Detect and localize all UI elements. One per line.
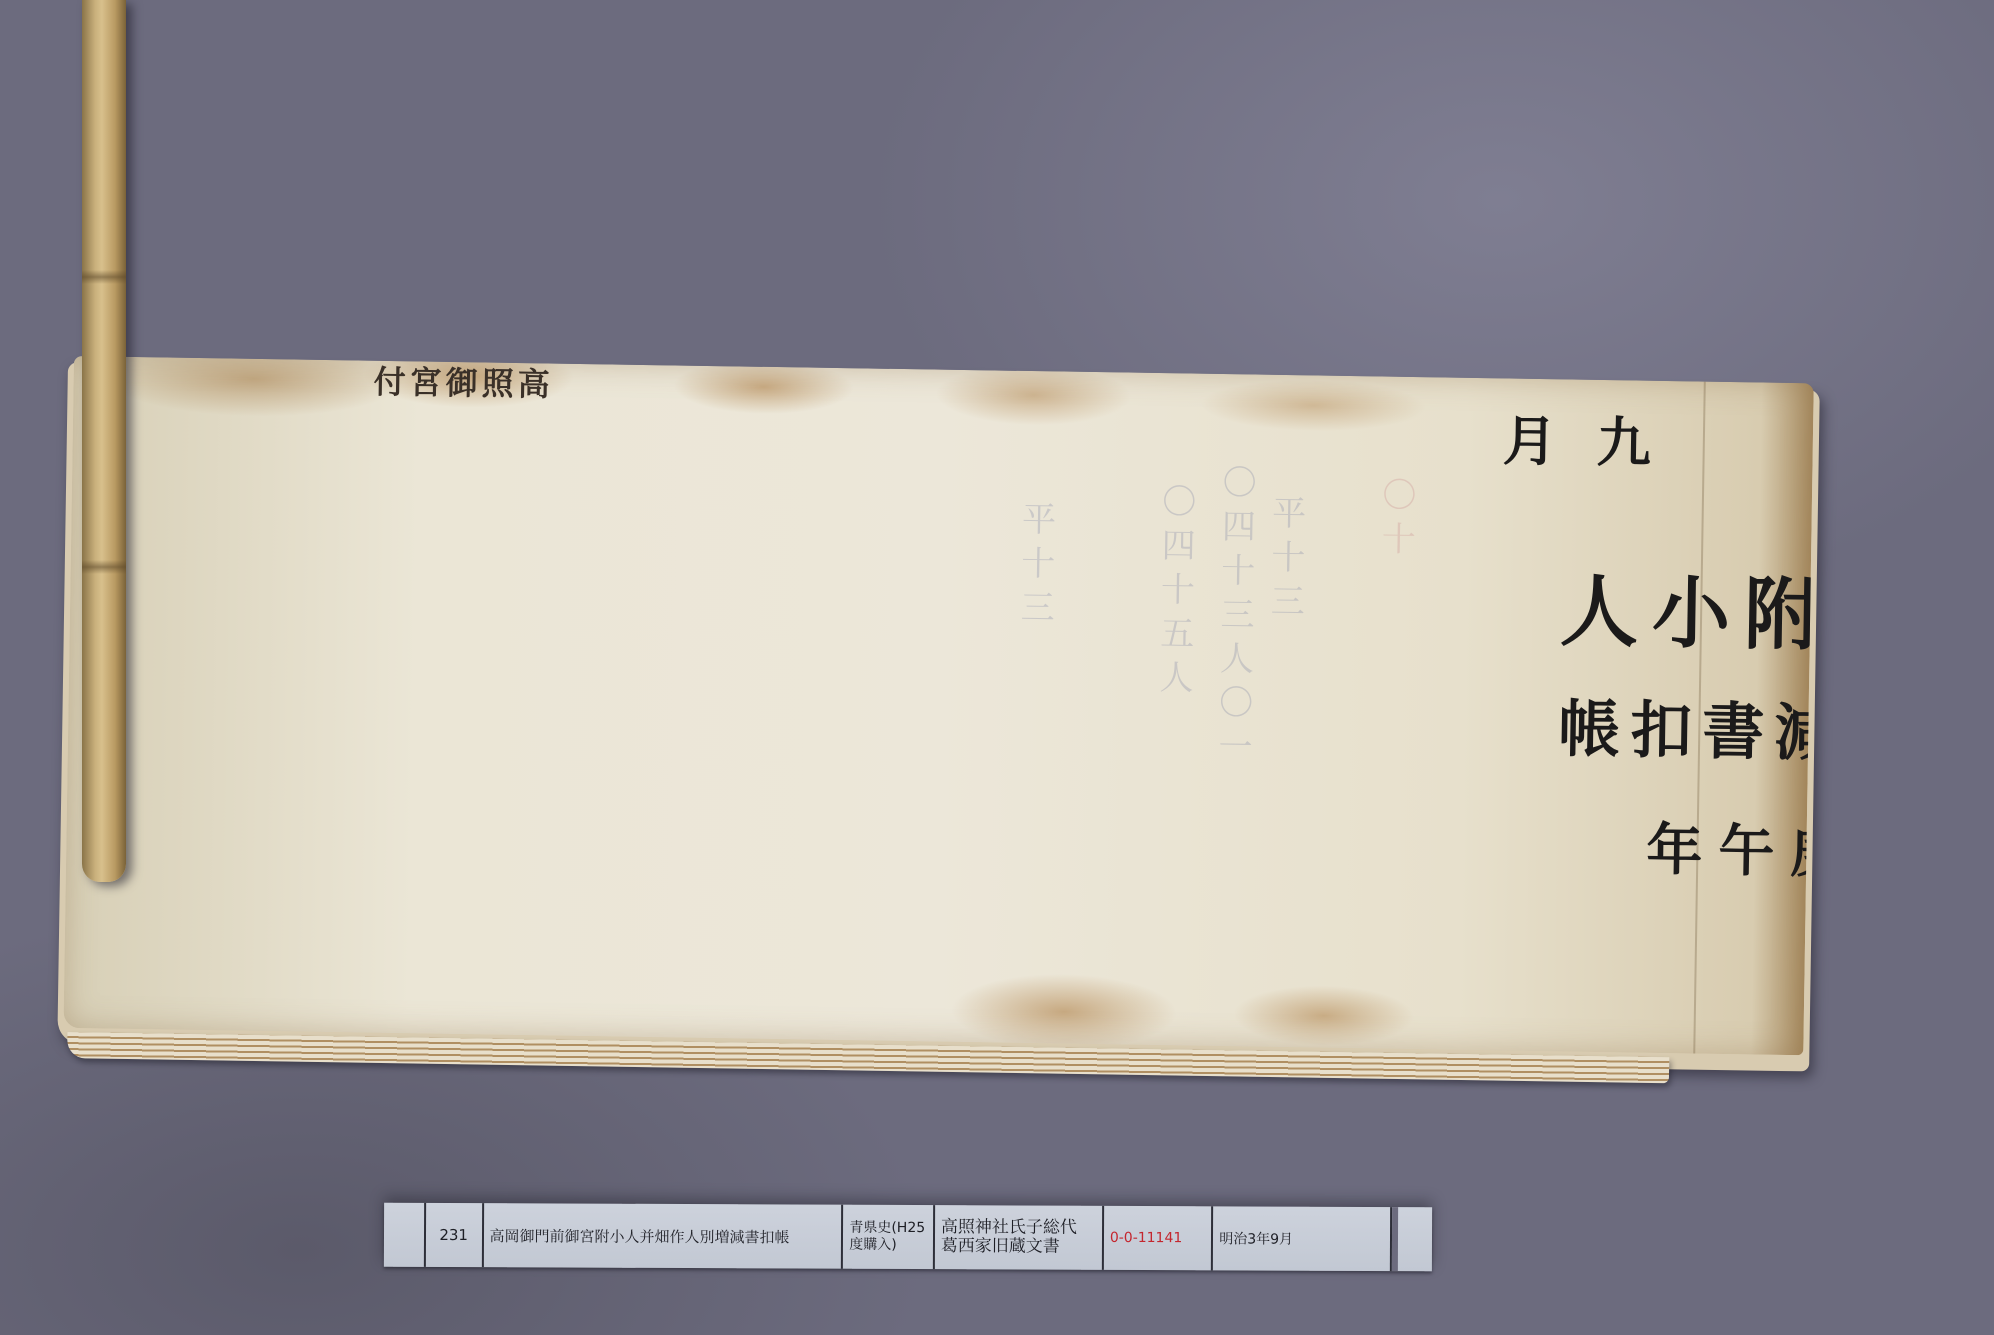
label-catalog-id: 0-0-11141 xyxy=(1104,1206,1214,1270)
bleed-through-text: 平十三 xyxy=(1010,501,1061,634)
office-annotation: 高照御宮付 xyxy=(373,357,554,406)
title-line-1: 高岡御門前御宮附小人 xyxy=(1559,549,1813,675)
label-source-line1: 青県史(H25 xyxy=(849,1220,925,1237)
label-date: 明治3年9月 xyxy=(1213,1206,1392,1271)
label-collection-line1: 高照神社氏子総代 xyxy=(941,1218,1077,1238)
bamboo-rod xyxy=(82,0,126,882)
label-source: 青県史(H25 度購入) xyxy=(843,1205,935,1269)
label-collection-line2: 葛西家旧蔵文書 xyxy=(941,1237,1060,1257)
title-line-2: 并畑作人別増減書扣帳 xyxy=(1558,679,1814,779)
bamboo-node xyxy=(82,560,126,574)
label-blank-cell xyxy=(1398,1207,1432,1271)
label-source-line2: 度購入) xyxy=(849,1237,897,1254)
archive-label-strip: 231 高岡御門前御宮附小人并畑作人別増減書扣帳 青県史(H25 度購入) 高照… xyxy=(384,1203,1432,1272)
bamboo-node xyxy=(82,270,126,284)
month-text: 九月 xyxy=(1502,398,1691,478)
label-item-number: 231 xyxy=(426,1203,484,1267)
label-collection: 高照神社氏子総代 葛西家旧蔵文書 xyxy=(935,1205,1104,1270)
date-column: 明治三庚午年 xyxy=(1646,806,1814,893)
bleed-through-text: 〇四十三人〇一 xyxy=(1208,464,1262,773)
bleed-through-text: 〇四十五人 xyxy=(1149,483,1201,704)
bleed-through-text: 平十三 xyxy=(1260,495,1311,628)
label-document-title: 高岡御門前御宮附小人并畑作人別増減書扣帳 xyxy=(483,1203,843,1269)
label-blank-cell xyxy=(384,1203,426,1267)
document-photograph: 〇四十三人〇一 平十三 〇四十五人 〇十 平十三 明治三庚午年 高岡御門前御宮附… xyxy=(0,0,1994,1335)
bleed-through-text: 〇十 xyxy=(1371,476,1421,565)
document-cover: 〇四十三人〇一 平十三 〇四十五人 〇十 平十三 明治三庚午年 高岡御門前御宮附… xyxy=(63,356,1813,1055)
